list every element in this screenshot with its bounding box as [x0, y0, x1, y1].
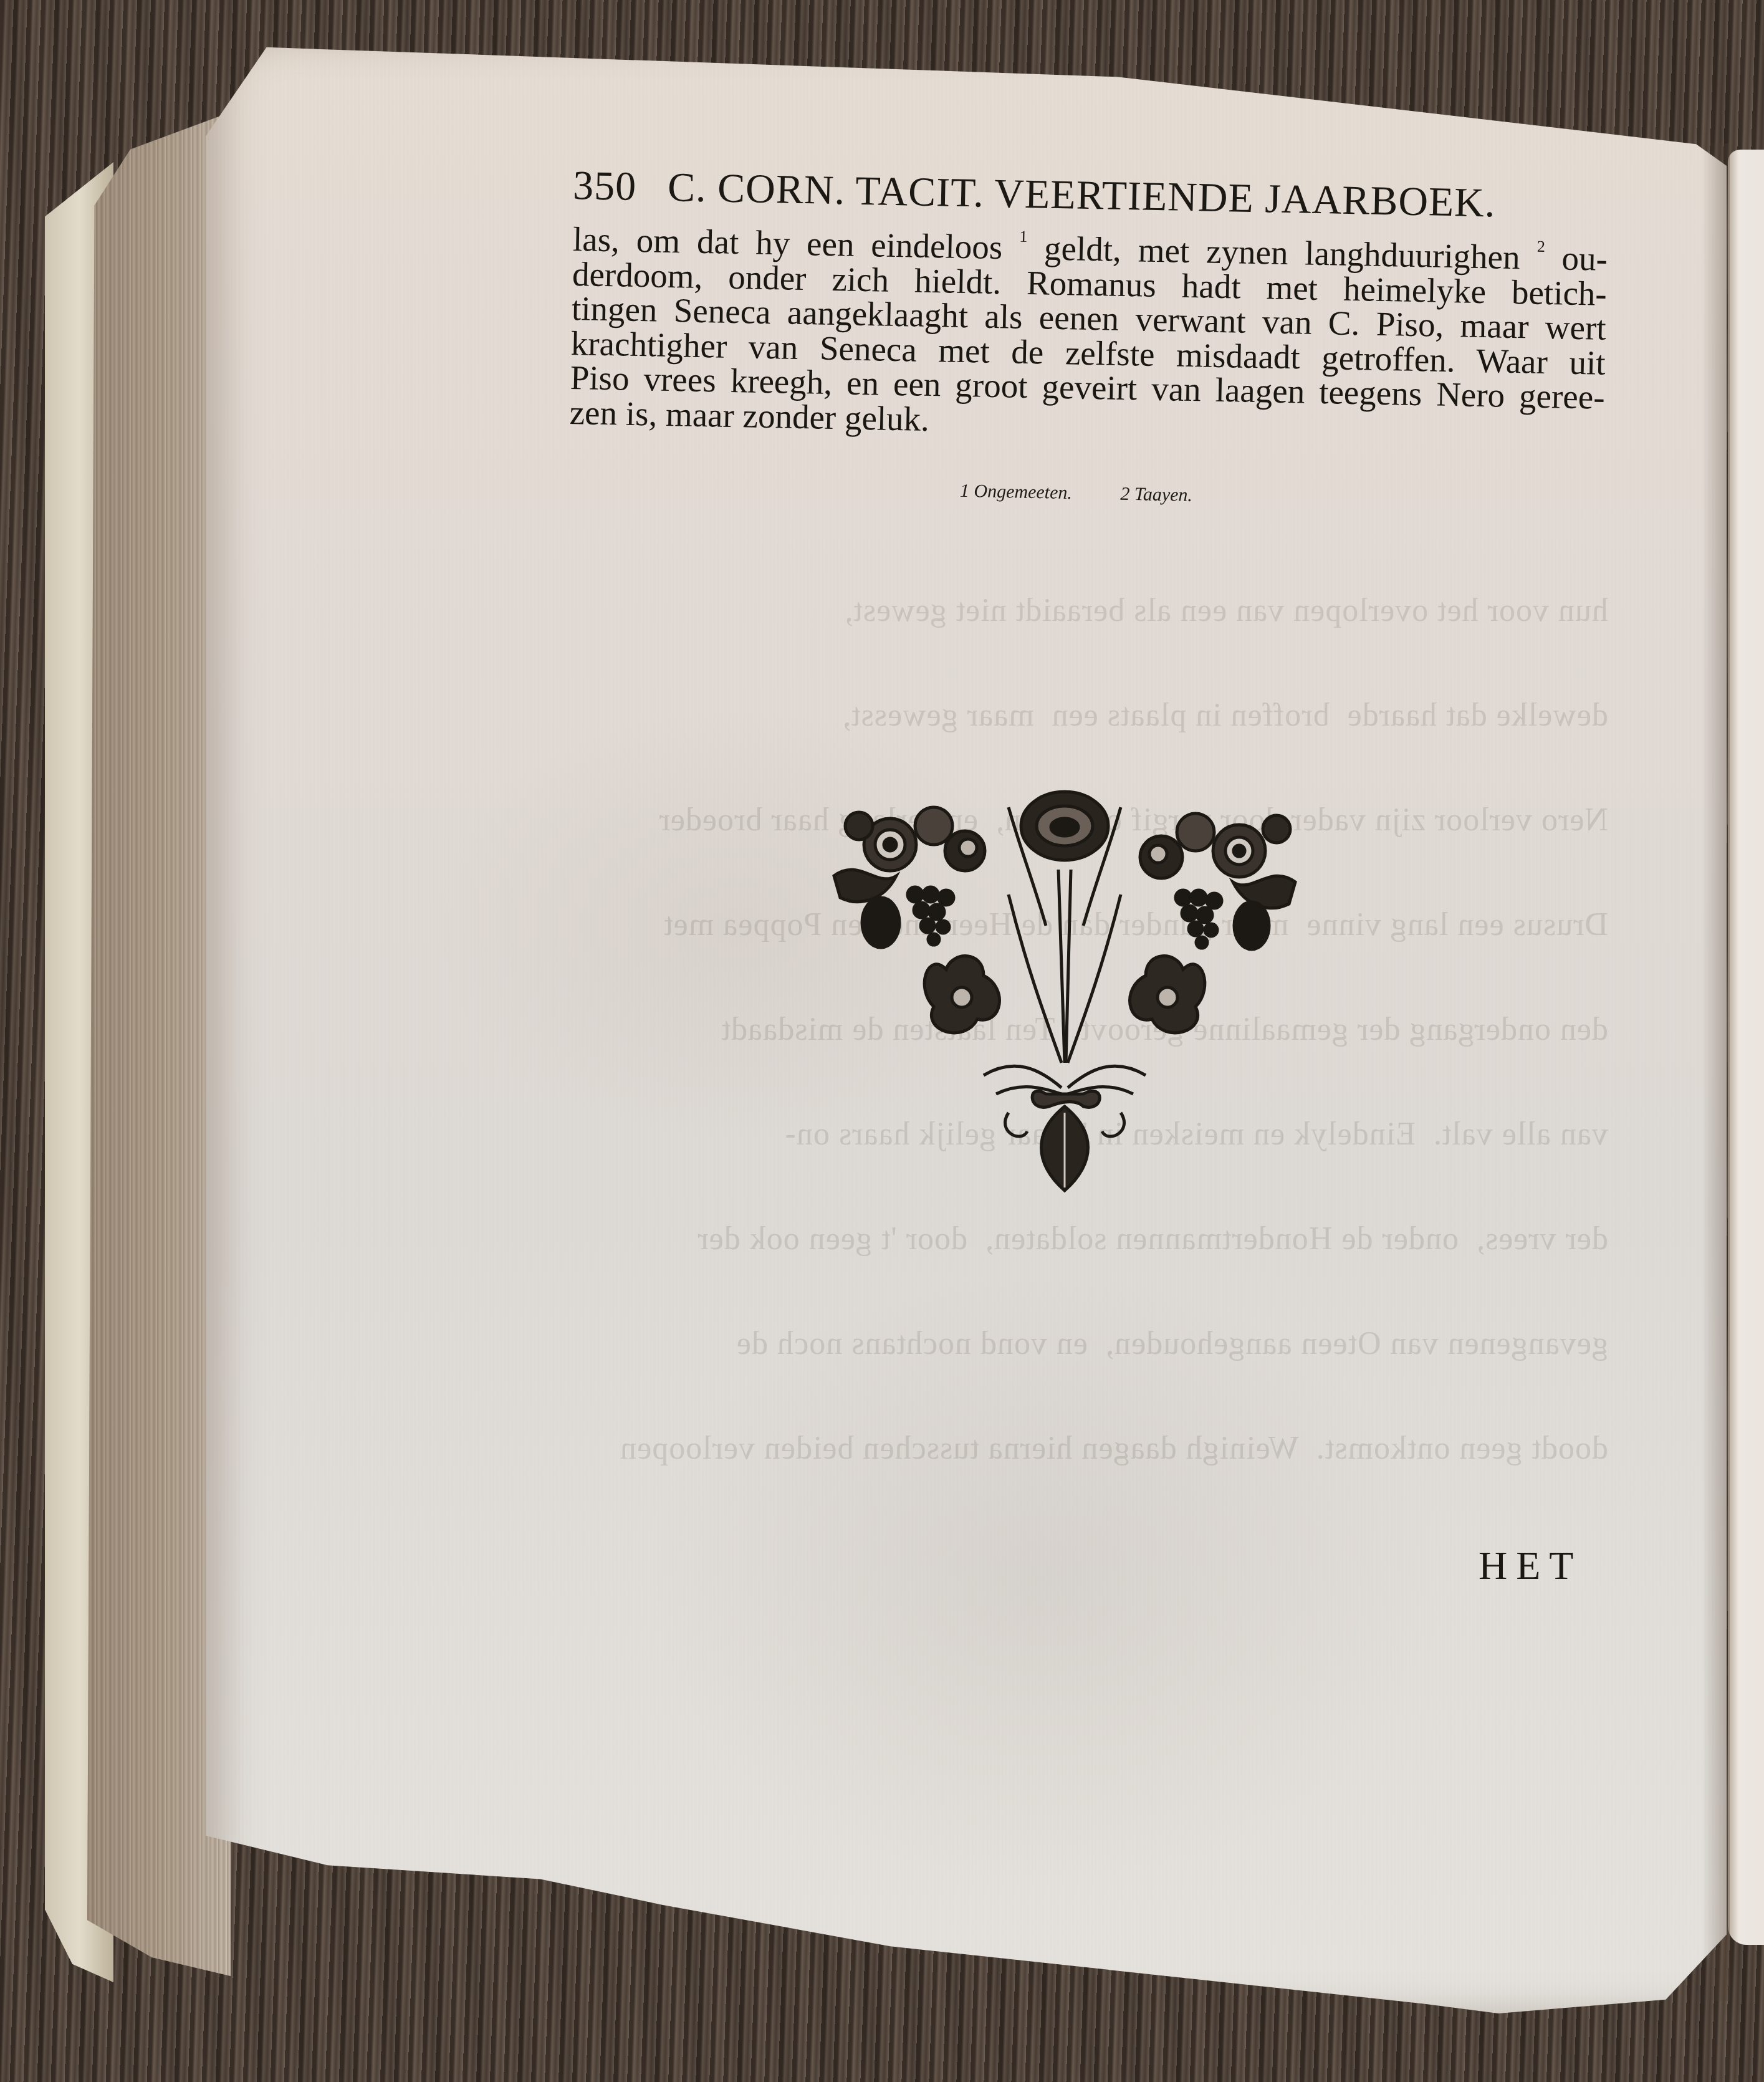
bleed-line: dewelke dat haarde broffen in plaats een… [549, 698, 1608, 733]
bleed-line: doodt geen ontkomst. Weinigh daagen hier… [549, 1431, 1608, 1466]
footnote-marker: 1 [1019, 228, 1028, 246]
catchword: HET [1479, 1543, 1582, 1589]
page-number: 350 [573, 163, 637, 209]
gutter-shadow [1702, 143, 1730, 2001]
body-text: las, om dat hy een eindeloos 1 geldt, me… [569, 211, 1608, 449]
floral-tailpiece-ornament-icon [822, 782, 1308, 1194]
footnote-marker: 2 [1537, 237, 1546, 256]
footnote-2: 2 Taayen. [1120, 484, 1192, 506]
bleed-line: der vrees, onder de Hondertmannen soldat… [549, 1222, 1608, 1257]
footnote-1: 1 Ongemeeten. [960, 481, 1073, 503]
facing-page-edge [1728, 150, 1764, 1945]
bleed-line: hun voor het overlopen van een als beraa… [549, 593, 1608, 628]
text-segment: ou- [1545, 239, 1608, 278]
bleed-line: gevangenen van Oteen aangehouden, en von… [549, 1326, 1608, 1361]
